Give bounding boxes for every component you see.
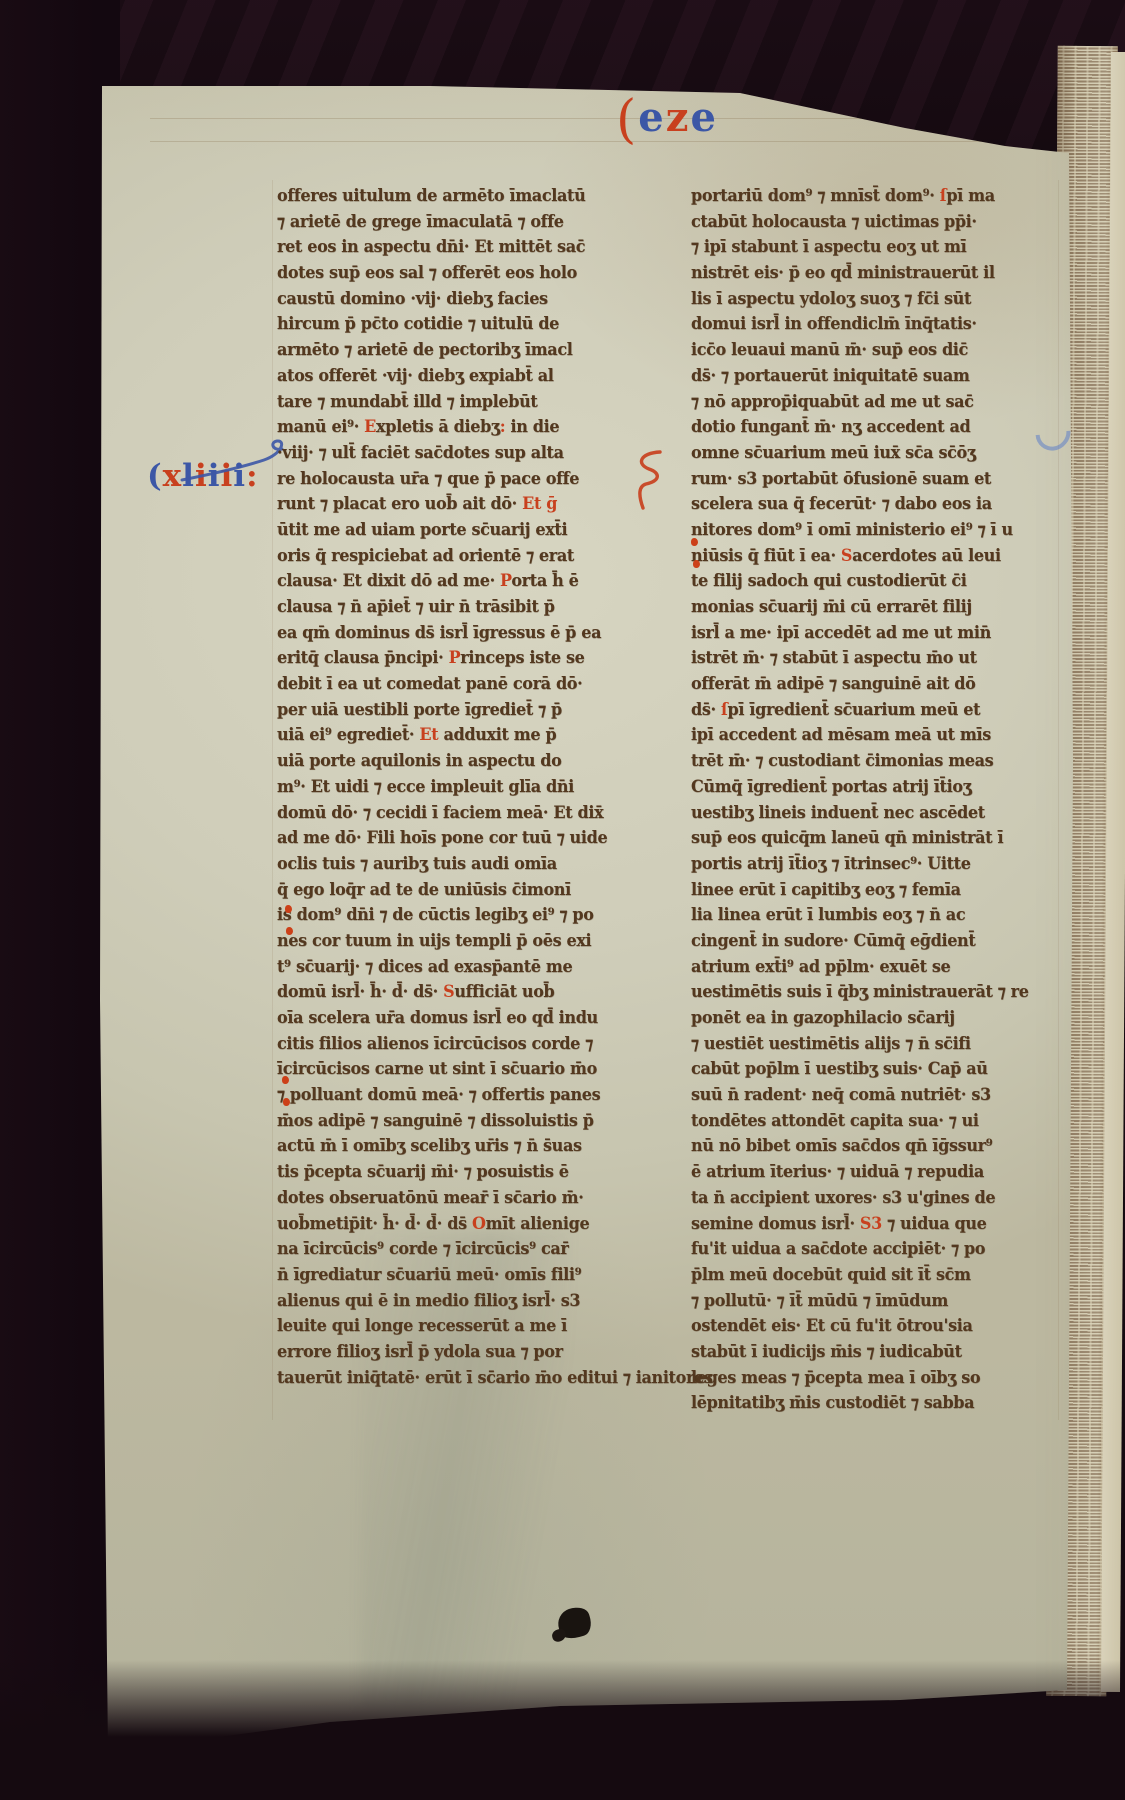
text-line: citis filios alienos īcircūcisos corde ⁊	[277, 1031, 713, 1057]
red-dot	[283, 1098, 290, 1106]
text-line: domū dō· ⁊ cecidi ī faciem meā· Et dix̄	[277, 800, 713, 826]
text-line: niūsis q̄ fiūt ī ea· Sacerdotes aū leui	[691, 543, 1029, 569]
text-line: tare ⁊ mundabt̄ illd ⁊ implebūt	[277, 389, 713, 415]
ruling-line	[272, 180, 273, 1420]
text-line: offeres uitulum de armēto īmaclatū	[277, 183, 713, 209]
blue-crescent-mark	[1028, 408, 1077, 457]
text-line: na īcircūcis⁹ corde ⁊ īcircūcis⁹ car̄	[277, 1236, 713, 1262]
ruling-line	[150, 141, 1055, 142]
text-line: ad me dō· Fili hoīs pone cor tuū ⁊ uide	[277, 825, 713, 851]
text-column-left: offeres uitulum de armēto īmaclatū⁊ arie…	[277, 183, 713, 1390]
text-line: īcircūcisos carne ut sint ī sc̄uario m̄o	[277, 1056, 713, 1082]
text-line: sup̄ eos quicq̄m laneū qn̄ ministrāt ī	[691, 825, 1029, 851]
text-line: ē atrium īterius· ⁊ uiduā ⁊ repudia	[691, 1159, 1029, 1185]
text-line: istrēt m̄· ⁊ stabūt ī aspectu m̄o ut	[691, 645, 1029, 671]
letter: e	[638, 94, 665, 141]
text-line: actū m̄ ī omībʒ scelibʒ ur̄is ⁊ n̄ s̄uas	[277, 1133, 713, 1159]
text-line: monias sc̄uarij m̄i cū errarēt filij	[691, 594, 1029, 620]
text-line: p̄lm meū docebūt quid sit īt̄ sc̄m	[691, 1262, 1029, 1288]
text-line: errore filioʒ isrl̄ p̄ ydola sua ⁊ por	[277, 1339, 713, 1365]
text-line: dotes sup̄ eos sal ⁊ offerēt eos holo	[277, 260, 713, 286]
ruling-line	[1058, 180, 1059, 1420]
text-line: leuite qui longe recesserūt a me ī	[277, 1313, 713, 1339]
letter: (	[616, 90, 638, 150]
text-line: ⁊ polluant domū meā· ⁊ offertis panes	[277, 1082, 713, 1108]
text-line: dotio fungant̄ m̄· nʒ accedent ad	[691, 414, 1029, 440]
text-line: suū n̄ radent· neq̄ comā nutriēt· s3	[691, 1082, 1029, 1108]
text-line: isrl̄ a me· ipī accedēt ad me ut min̄	[691, 620, 1029, 646]
red-dot	[282, 1076, 289, 1084]
text-line: n̄ īgrediatur sc̄uariū meū· omīs fili⁹	[277, 1262, 713, 1288]
text-line: cingent̄ in sudore· Cūmq̄ eḡdient̄	[691, 928, 1029, 954]
text-line: portis atrij īt̄ioʒ ⁊ ītrinsec⁹· Uitte	[691, 851, 1029, 877]
text-line: tondētes attondēt capita sua· ⁊ ui	[691, 1108, 1029, 1134]
text-line: rum· s3 portabūt ōfusionē suam et	[691, 466, 1029, 492]
text-line: per uiā uestibli porte īgrediet̄ ⁊ p̄	[277, 697, 713, 723]
text-line: m⁹· Et uidi ⁊ ecce impleuit glīa dn̄i	[277, 774, 713, 800]
text-line: debit ī ea ut comedat panē corā dō·	[277, 671, 713, 697]
text-line: armēto ⁊ arietē de pectoribʒ īmacl	[277, 337, 713, 363]
text-line: nitores dom⁹ ī omī ministerio ei⁹ ⁊ ī u	[691, 517, 1029, 543]
text-line: tauerūt iniq̄tatē· erūt ī sc̄ario m̄o ed…	[277, 1365, 713, 1391]
red-dot	[691, 538, 698, 546]
letter: (	[147, 458, 163, 494]
backdrop-cloth-bottom	[0, 1660, 1125, 1800]
text-line: ūtit me ad uiam porte sc̄uarij ext̄i	[277, 517, 713, 543]
red-dot	[285, 905, 292, 913]
text-line: clausa· Et dixit dō ad me· Porta h̄ ē	[277, 568, 713, 594]
text-line: m̄os adipē ⁊ sanguinē ⁊ dissoluistis p̄	[277, 1108, 713, 1134]
text-line: ta n̄ accipient uxores· s3 u'gines de	[691, 1185, 1029, 1211]
text-line: caustū domino ·vij· diebʒ facies	[277, 286, 713, 312]
text-line: ds̄· ſpī īgredient̄ sc̄uarium meū et	[691, 697, 1029, 723]
text-line: omne sc̄uarium meū iux̄ sc̄a sc̄ōʒ	[691, 440, 1029, 466]
text-line: portariū dom⁹ ⁊ mnīst̄ dom⁹· ſpī ma	[691, 183, 1029, 209]
text-line: trēt m̄· ⁊ custodiant c̄imonias meas	[691, 748, 1029, 774]
text-line: ponēt ea in gazophilacio sc̄arij	[691, 1005, 1029, 1031]
text-line: t⁹ sc̄uarij· ⁊ dices ad exasp̄antē me	[277, 954, 713, 980]
text-line: nes cor tuum in uijs templi p̄ oēs exi	[277, 928, 713, 954]
text-line: uestimētis suis ī q̄bʒ ministrauerāt ⁊ r…	[691, 979, 1029, 1005]
text-line: ipī accedent ad mēsam meā ut mīs	[691, 722, 1029, 748]
text-line: ds̄· ⁊ portauerūt iniquitatē suam	[691, 363, 1029, 389]
text-line: stabūt ī iudicijs m̄is ⁊ iudicabūt	[691, 1339, 1029, 1365]
text-line: eritq̄ clausa p̄ncipi· Princeps iste se	[277, 645, 713, 671]
text-line: Cūmq̄ īgredient̄ portas atrij īt̄ioʒ	[691, 774, 1029, 800]
running-header-eze: (eze	[616, 88, 718, 150]
text-line: uob̄metip̄it· h̄· d̄· d̄· ds̄ Omīt alien…	[277, 1211, 713, 1237]
text-line: atrium ext̄i⁹ ad pp̄lm· exuēt se	[691, 954, 1029, 980]
text-line: hircum p̄ pc̄to cotidie ⁊ uitulū de	[277, 311, 713, 337]
text-line: alienus qui ē in medio filioʒ isrl̄· s3	[277, 1288, 713, 1314]
text-line: lis ī aspectu ydoloʒ suoʒ ⁊ fc̄i sūt	[691, 286, 1029, 312]
text-line: leges meas ⁊ p̄cepta mea ī oībʒ so	[691, 1365, 1029, 1391]
red-dot	[693, 560, 700, 568]
text-line: linee erūt ī capitibʒ eoʒ ⁊ femīa	[691, 877, 1029, 903]
red-dot	[286, 927, 293, 935]
text-line: clausa ⁊ n̄ ap̄iet̄ ⁊ uir n̄ trāsibit p̄	[277, 594, 713, 620]
text-line: ea qm̄ dominus ds̄ isrl̄ īgressus ē p̄ e…	[277, 620, 713, 646]
text-line: ⁊ ipī stabunt ī aspectu eoʒ ut mī	[691, 234, 1029, 260]
text-line: q̄ ego loq̄r ad te de uniūsis c̄imonī	[277, 877, 713, 903]
text-line: ⁊ nō approp̄iquabūt ad me ut sac̄	[691, 389, 1029, 415]
manuscript-photo: (eze (xliiii: offeres uitulum de armēto …	[0, 0, 1125, 1800]
text-line: scelera sua q̄ fecerūt· ⁊ dabo eos ia	[691, 491, 1029, 517]
text-line: nistrēt eis· p̄ eo qd̄ ministrauerūt il	[691, 260, 1029, 286]
parchment-page: (eze (xliiii: offeres uitulum de armēto …	[0, 0, 1125, 1800]
text-column-right: portariū dom⁹ ⁊ mnīst̄ dom⁹· ſpī mactabū…	[691, 183, 1029, 1416]
text-line: ret eos in aspectu dn̄i· Et mittēt sac̄	[277, 234, 713, 260]
text-line: nū nō bibet omīs sac̄dos qn̄ īḡssur⁹	[691, 1133, 1029, 1159]
text-line: semine domus isrl̄· S3 ⁊ uidua que	[691, 1211, 1029, 1237]
text-line: lia linea erūt ī lumbis eoʒ ⁊ n̄ ac	[691, 902, 1029, 928]
text-line: uestibʒ lineis induent̄ nec ascēdet	[691, 800, 1029, 826]
text-line: fu'it uidua a sac̄dote accipiēt· ⁊ po	[691, 1236, 1029, 1262]
text-line: uiā porte aquilonis in aspectu do	[277, 748, 713, 774]
text-line: oclis tuis ⁊ auribʒ tuis audi omīa	[277, 851, 713, 877]
text-line: tis p̄cepta sc̄uarij m̄i· ⁊ posuistis ē	[277, 1159, 713, 1185]
text-line: te filij sadoch qui custodierūt c̄i	[691, 568, 1029, 594]
text-line: cabūt pop̄lm ī uestibʒ suis· Cap̄ aū	[691, 1056, 1029, 1082]
text-line: oris q̄ respiciebat ad orientē ⁊ erat	[277, 543, 713, 569]
text-line: domui isrl̄ in offendiclm̄ īnq̄tatis·	[691, 311, 1029, 337]
text-line: uiā ei⁹ egrediet̄· Et adduxit me p̄	[277, 722, 713, 748]
text-line: is dom⁹ dn̄i ⁊ de cūctis legibʒ ei⁹ ⁊ po	[277, 902, 713, 928]
text-line: runt ⁊ placat ero uob̄ ait dō· Et ḡ	[277, 491, 713, 517]
text-line: offerāt m̄ adipē ⁊ sanguinē ait dō	[691, 671, 1029, 697]
text-line: oīa scelera ur̄a domus isrl̄ eo qd̄ indu	[277, 1005, 713, 1031]
text-line: ctabūt holocausta ⁊ uictimas pp̄i·	[691, 209, 1029, 235]
text-line: ostendēt eis· Et cū fu'it ōtrou'sia	[691, 1313, 1029, 1339]
text-line: atos offerēt ·vij· diebʒ expiabt̄ al	[277, 363, 713, 389]
text-line: ⁊ uestiēt uestimētis alijs ⁊ n̄ sc̄ifi	[691, 1031, 1029, 1057]
text-line: icc̄o leuaui manū m̄· sup̄ eos dic̄	[691, 337, 1029, 363]
text-line: ⁊ arietē de grege īmaculatā ⁊ offe	[277, 209, 713, 235]
text-line: lēpnitatibʒ m̄is custodiēt ⁊ sabba	[691, 1390, 1029, 1416]
text-line: dotes obseruatōnū mear̄ ī sc̄ario m̄·	[277, 1185, 713, 1211]
letter: z	[666, 94, 691, 141]
text-line: manū ei⁹· Expletis ā diebʒ: in die	[277, 414, 713, 440]
letter: e	[690, 94, 717, 141]
text-line: ·viij· ⁊ ult̄ faciēt sac̄dotes sup alta	[277, 440, 713, 466]
text-line: re holocausta ur̄a ⁊ que p̄ pace offe	[277, 466, 713, 492]
text-line: domū isrl̄· h̄· d̄· ds̄· Sufficiāt uob̄	[277, 979, 713, 1005]
text-line: ⁊ pollutū· ⁊ īt̄ mūdū ⁊ īmūdum	[691, 1288, 1029, 1314]
